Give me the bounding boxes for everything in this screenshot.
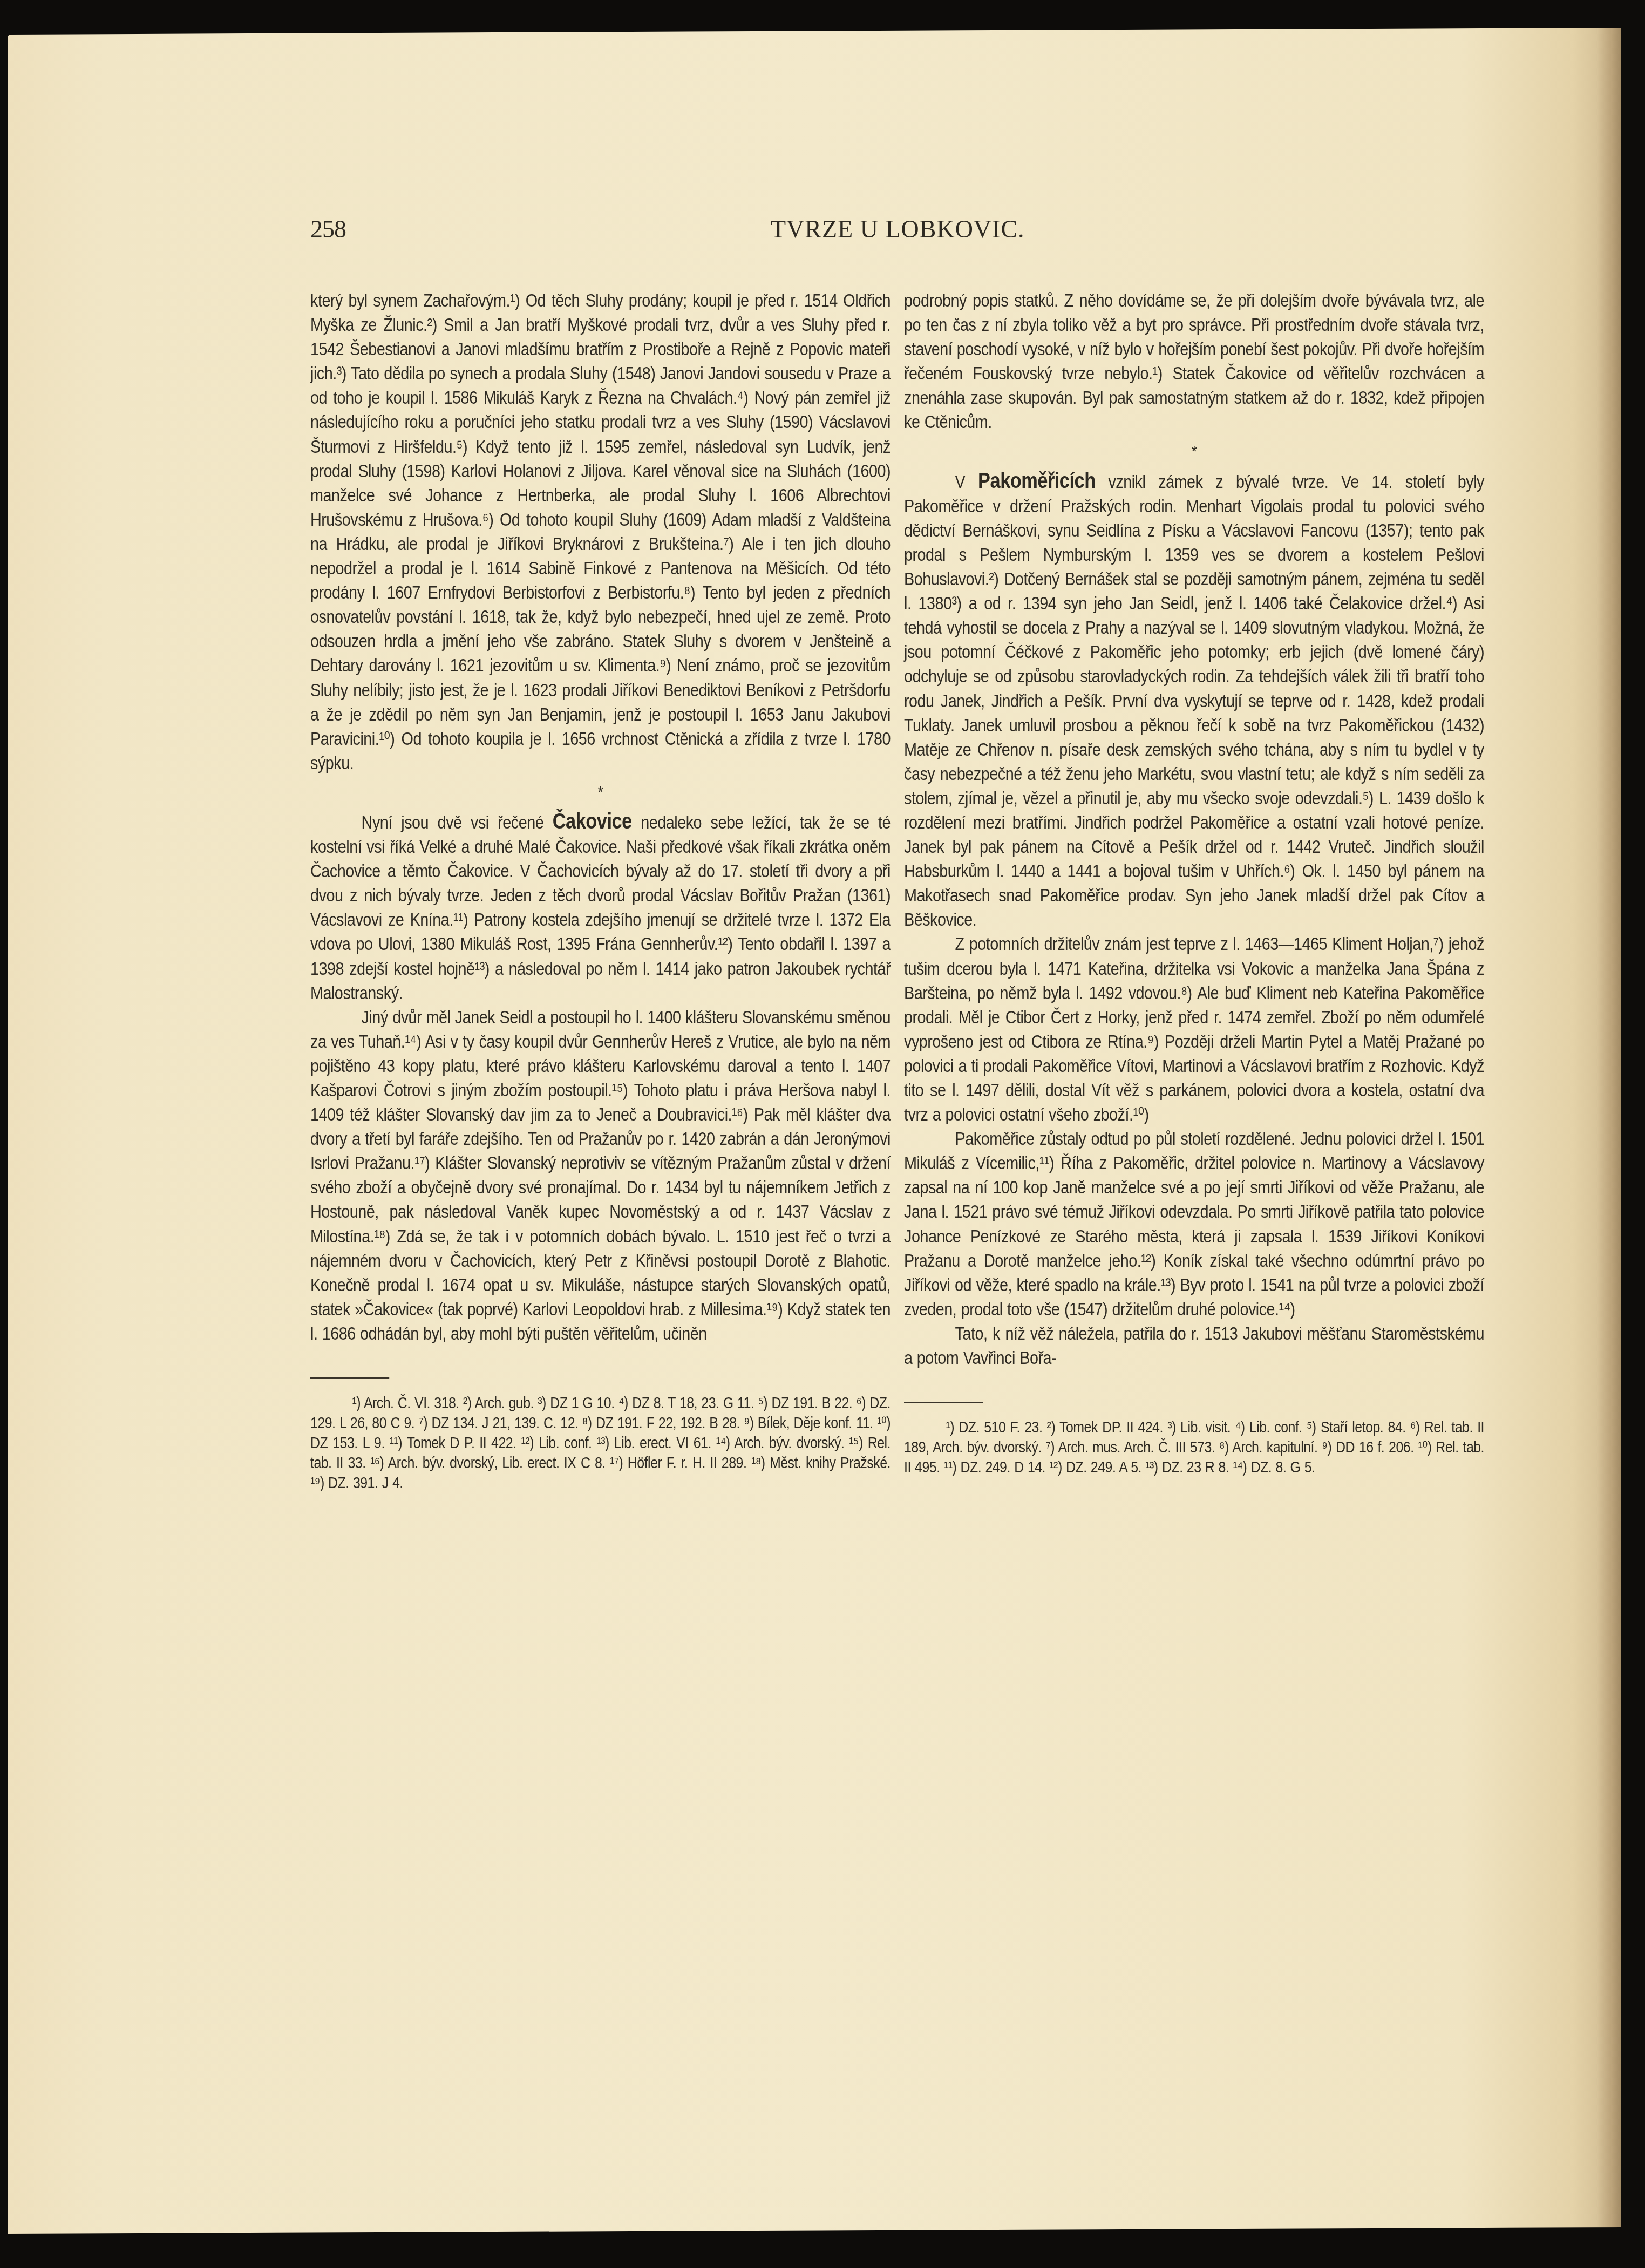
page-header: 258 TVRZE U LOBKOVIC. [310, 215, 1484, 253]
paragraph-cakovice-2: Jiný dvůr měl Janek Seidl a postoupil ho… [310, 1006, 891, 1346]
paragraph-sluhy: který byl synem Zachařovým.¹) Od těch Sl… [310, 289, 891, 776]
right-column: podrobný popis statků. Z něho dovídáme s… [904, 289, 1484, 1478]
paragraph-pakomerice-3: Pakoměřice zůstaly odtud po půl století … [904, 1127, 1484, 1322]
section-heading-pakomerice: Pakoměřicích [978, 469, 1096, 493]
paragraph-pakomerice-2: Z potomních držitelův znám jest teprve z… [904, 932, 1484, 1127]
running-head: TVRZE U LOBKOVIC. [771, 215, 1025, 243]
page-number: 258 [310, 215, 346, 243]
section-heading-cakovice: Čakovice [553, 810, 632, 833]
paragraph-body: vznikl zámek z bývalé tvrze. Ve 14. stol… [904, 472, 1484, 931]
footnotes-right: ¹) DZ. 510 F. 23. ²) Tomek DP. II 424. ³… [904, 1418, 1484, 1478]
footnote-rule [904, 1402, 983, 1403]
footnote-rule [310, 1377, 389, 1379]
paragraph-pakomerice-4: Tato, k níž věž náležela, patřila do r. … [904, 1322, 1484, 1370]
paragraph-body: nedaleko sebe ležící, tak že se té koste… [310, 813, 891, 1003]
section-separator: * [310, 780, 891, 804]
page-gutter-shadow [1596, 28, 1621, 2227]
footnotes-left: ¹) Arch. Č. VI. 318. ²) Arch. gub. ³) DZ… [310, 1394, 891, 1493]
left-column: který byl synem Zachařovým.¹) Od těch Sl… [310, 289, 891, 1493]
paragraph-cakovice: Nyní jsou dvě vsi řečené Čakovice nedale… [310, 810, 891, 1006]
paragraph-lead: Nyní jsou dvě vsi řečené [362, 813, 544, 833]
section-separator: * [904, 439, 1484, 464]
paragraph-lead: V [955, 472, 966, 492]
paragraph-cakovice-end: podrobný popis statků. Z něho dovídáme s… [904, 289, 1484, 435]
paragraph-pakomerice: V Pakoměřicích vznikl zámek z bývalé tvr… [904, 469, 1484, 933]
